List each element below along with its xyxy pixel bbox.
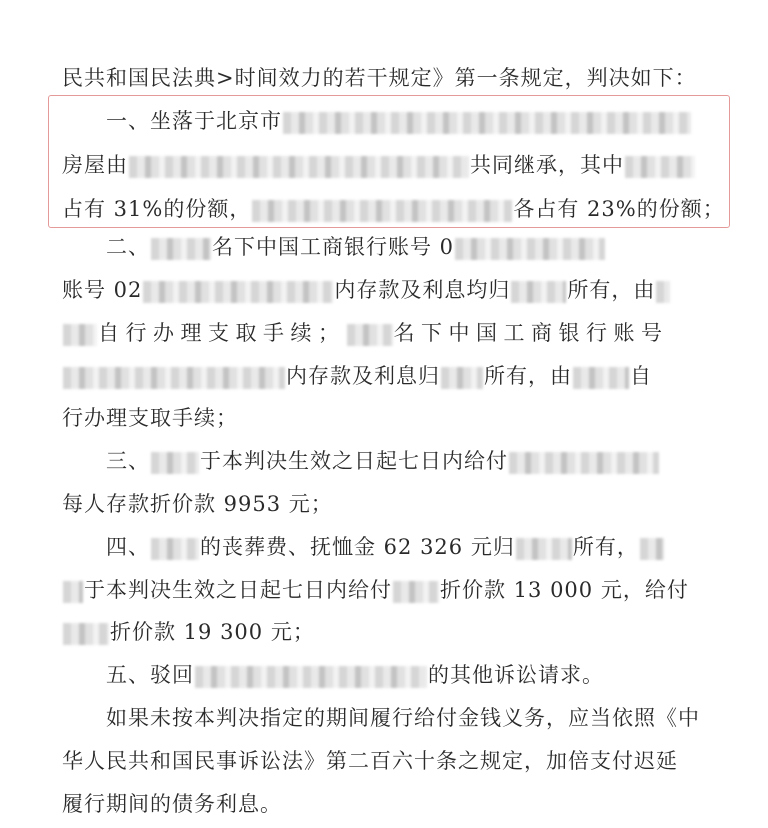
item-one-line-2: 房屋由共同继承，其中 [62,150,696,180]
redacted-name-5 [347,324,393,346]
item-four-line-3: 折价款 19 300 元； [62,617,315,647]
item-five-line-1: 五、驳回的其他诉讼请求。 [106,660,604,690]
item-two-text-b: 名下中国工商银行账号 0 [212,235,454,259]
redacted-heirs-2 [252,200,512,222]
item-one-line-1: 一、坐落于北京市 [106,106,692,136]
notice-text-1: 如果未按本判决指定的期间履行给付金钱义务，应当依照《中 [106,706,700,730]
item-one-text-b: 房屋由 [62,153,128,177]
item-four-text-c: 所有， [573,535,639,559]
redacted-name-13 [393,581,439,603]
item-two-line-1: 二、名下中国工商银行账号 0 [106,232,606,262]
item-five-text-b: 的其他诉讼请求。 [428,663,604,687]
item-two-text-h: 内存款及利息归 [286,364,440,388]
intro-text: 民共和国民法典>时间效力的若干规定》第一条规定，判决如下： [62,66,697,90]
notice-line-1: 如果未按本判决指定的期间履行给付金钱义务，应当依照《中 [106,703,700,733]
redacted-recipients [509,452,659,474]
redacted-heir-name [625,156,695,178]
item-four-text-e: 折价款 13 000 元，给付 [440,578,689,602]
item-two-text-c: 账号 02 [62,278,142,302]
item-one-text-d: 占有 31%的份额， [62,197,251,221]
redacted-name-8 [151,452,199,474]
redacted-name-7 [573,367,629,389]
redacted-name-2 [511,281,566,303]
item-three-line-2: 每人存款折价款 9953 元； [62,489,333,519]
redacted-plaintiffs [195,666,427,688]
notice-line-2: 华人民共和国民事诉讼法》第二百六十条之规定，加倍支付迟延 [62,746,678,776]
item-three-text-a: 三、 [106,449,150,473]
item-four-line-1: 四、的丧葬费、抚恤金 62 326 元归所有， [106,532,665,562]
item-one-line-3: 占有 31%的份额，各占有 23%的份额； [62,194,725,224]
judgment-intro-line: 民共和国民法典>时间效力的若干规定》第一条规定，判决如下： [62,63,697,93]
item-two-line-3: 自行办理支取手续；名下中国工商银行账号 [62,318,669,348]
item-two-text-j: 自 [630,364,652,388]
redacted-name-14 [63,623,109,645]
redacted-name [151,238,211,260]
item-two-text-d: 内存款及利息均归 [334,278,510,302]
item-one-text-e: 各占有 23%的份额； [513,197,724,221]
item-two-text-g: 名下中国工商银行账号 [394,321,669,345]
redacted-name-10 [516,538,572,560]
redacted-heirs [129,156,469,178]
redacted-account-number-3 [63,367,285,389]
item-four-text-b: 的丧葬费、抚恤金 62 326 元归 [200,535,515,559]
item-two-text-a: 二、 [106,235,150,259]
redacted-address [283,112,691,134]
redacted-name-4 [63,324,97,346]
item-four-line-2: 于本判决生效之日起七日内给付折价款 13 000 元，给付 [62,575,689,605]
notice-line-3: 履行期间的债务利息。 [62,789,282,819]
item-two-line-4: 内存款及利息归所有，由自 [62,361,652,391]
item-one-text-a: 一、坐落于北京市 [106,109,282,133]
item-four-text-a: 四、 [106,535,150,559]
redacted-name-11 [640,538,664,560]
redacted-account-number-2 [143,281,333,303]
redacted-name-12 [63,581,83,603]
item-three-line-1: 三、于本判决生效之日起七日内给付 [106,446,660,476]
item-four-text-d: 于本判决生效之日起七日内给付 [84,578,392,602]
item-three-text-b: 于本判决生效之日起七日内给付 [200,449,508,473]
item-two-text-e: 所有，由 [567,278,655,302]
redacted-name-3 [656,281,670,303]
redacted-name-9 [151,538,199,560]
item-two-line-2: 账号 02内存款及利息均归所有，由 [62,275,671,305]
notice-text-2: 华人民共和国民事诉讼法》第二百六十条之规定，加倍支付迟延 [62,749,678,773]
item-three-text-c: 每人存款折价款 9953 元； [62,492,333,516]
redacted-account-number [455,238,605,260]
redacted-name-6 [441,367,483,389]
item-five-text-a: 五、驳回 [106,663,194,687]
item-one-text-c: 共同继承，其中 [470,153,624,177]
item-two-text-f: 自行办理支取手续； [98,321,346,345]
item-two-text-k: 行办理支取手续； [62,406,238,430]
item-two-text-i: 所有，由 [484,364,572,388]
item-four-text-f: 折价款 19 300 元； [110,620,315,644]
item-two-line-5: 行办理支取手续； [62,403,238,433]
notice-text-3: 履行期间的债务利息。 [62,792,282,816]
